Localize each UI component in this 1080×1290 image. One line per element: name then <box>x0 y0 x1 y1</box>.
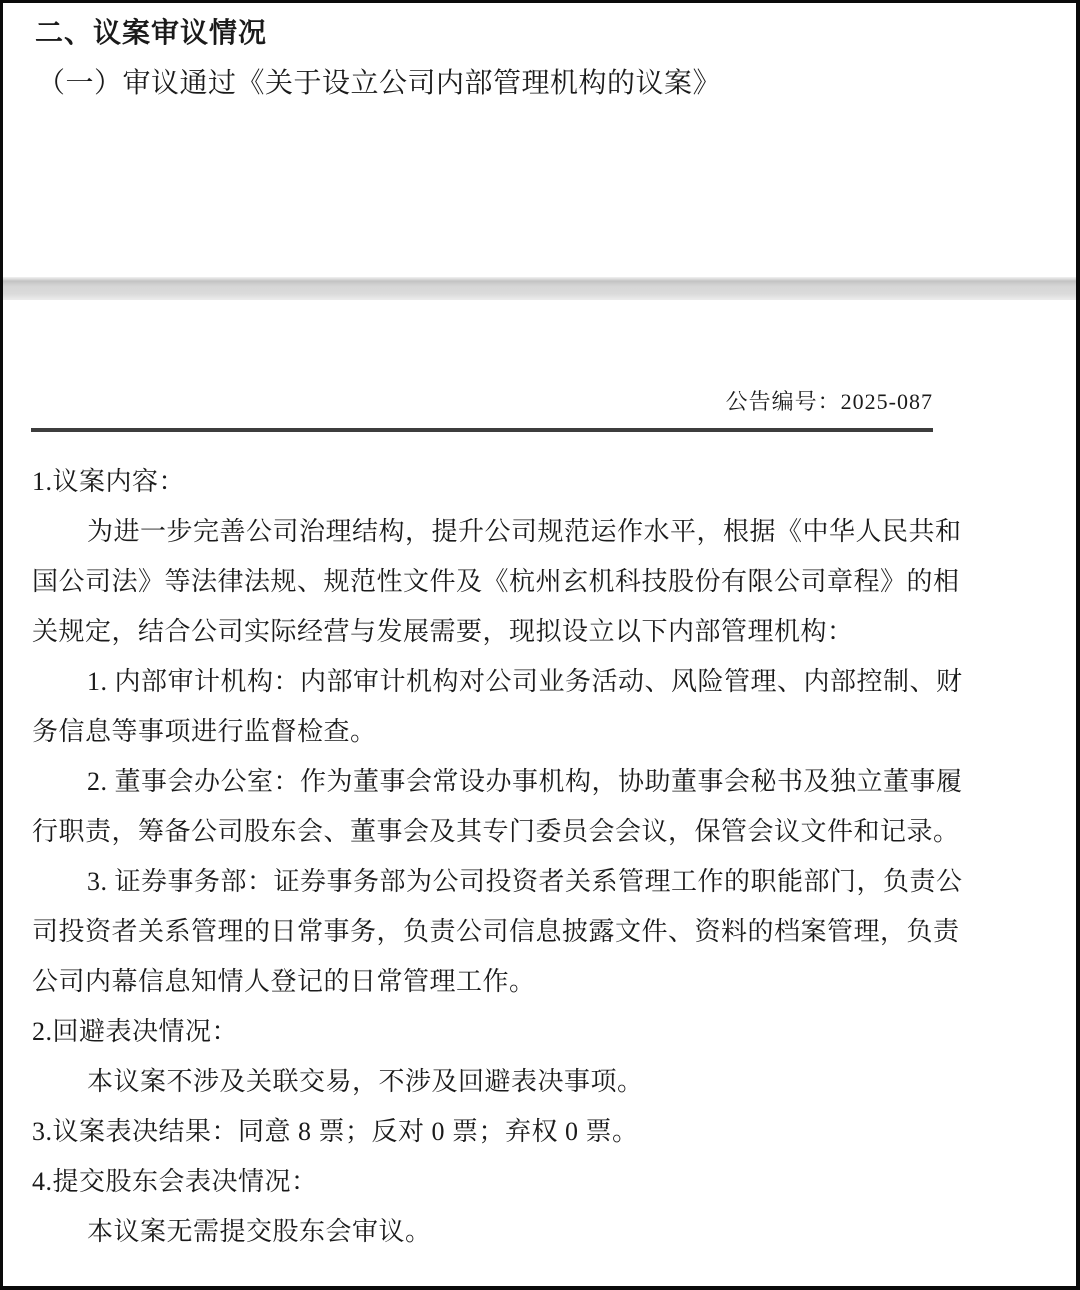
section-heading: 二、议案审议情况 <box>35 14 267 52</box>
body-line: 为进一步完善公司治理结构，提升公司规范运作水平，根据《中华人民共和 <box>32 507 933 557</box>
body-line: 1.议案内容： <box>32 457 933 507</box>
body-line: 行职责，筹备公司股东会、董事会及其专门委员会会议，保管会议文件和记录。 <box>32 807 933 857</box>
body-line: 3.议案表决结果：同意 8 票；反对 0 票；弃权 0 票。 <box>32 1107 933 1157</box>
body-line: 3. 证券事务部：证券事务部为公司投资者关系管理工作的职能部门，负责公 <box>32 857 933 907</box>
body-line: 本议案无需提交股东会审议。 <box>32 1207 933 1257</box>
divider-rule <box>31 428 933 432</box>
document-body: 1.议案内容： 为进一步完善公司治理结构，提升公司规范运作水平，根据《中华人民共… <box>32 457 933 1257</box>
body-line: 2. 董事会办公室：作为董事会常设办事机构，协助董事会秘书及独立董事履 <box>32 757 933 807</box>
body-line: 务信息等事项进行监督检查。 <box>32 707 933 757</box>
body-line: 2.回避表决情况： <box>32 1007 933 1057</box>
announcement-number: 公告编号：2025-087 <box>32 388 933 416</box>
page-gap-separator <box>3 277 1076 300</box>
body-line: 关规定，结合公司实际经营与发展需要，现拟设立以下内部管理机构： <box>32 607 933 657</box>
body-line: 1. 内部审计机构：内部审计机构对公司业务活动、风险管理、内部控制、财 <box>32 657 933 707</box>
subsection-heading: （一）审议通过《关于设立公司内部管理机构的议案》 <box>37 64 721 104</box>
body-line: 本议案不涉及关联交易，不涉及回避表决事项。 <box>32 1057 933 1107</box>
body-line: 司投资者关系管理的日常事务，负责公司信息披露文件、资料的档案管理，负责 <box>32 907 933 957</box>
body-line: 公司内幕信息知情人登记的日常管理工作。 <box>32 957 933 1007</box>
body-line: 4.提交股东会表决情况： <box>32 1157 933 1207</box>
document-viewport: 二、议案审议情况 （一）审议通过《关于设立公司内部管理机构的议案》 公告编号：2… <box>0 0 1080 1290</box>
body-line: 国公司法》等法律法规、规范性文件及《杭州玄机科技股份有限公司章程》的相 <box>32 557 933 607</box>
